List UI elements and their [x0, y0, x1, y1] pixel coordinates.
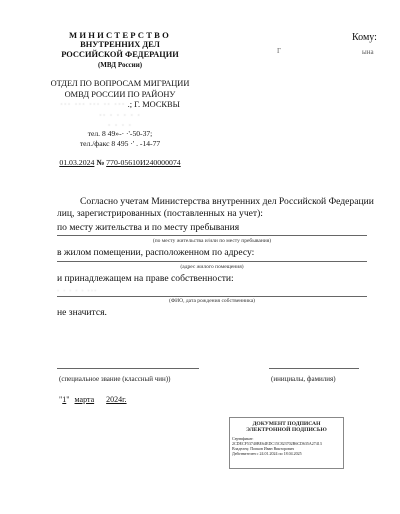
rank-caption: (специальное звание (классный чин)) — [59, 375, 170, 383]
document-date: 01.03.2024 — [59, 158, 94, 167]
intro-line-2: лиц, зарегистрированных (поставленных на… — [57, 208, 263, 220]
fax-text: тел./факс 8 495 ·' . -14-77 — [45, 139, 195, 149]
stamp-title-2: ЭЛЕКТРОННОЙ ПОДПИСЬЮ — [230, 427, 343, 433]
contacts-block: тел. 8 49»-· ·'-50-37; тел./факс 8 495 ·… — [45, 129, 195, 149]
number-sign: № — [96, 158, 104, 167]
ministry-line-2: ВНУТРЕННИХ ДЕЛ — [45, 40, 195, 50]
document-number: 770-05610И240000074 — [106, 158, 181, 167]
ministry-line-1: МИНИСТЕРСТВО — [45, 30, 195, 40]
phone-text: тел. 8 49»-· ·'-50-37; — [45, 129, 195, 139]
date-year: 2024г. — [106, 395, 126, 404]
intro-line-1: Согласно учетам Министерства внутренних … — [80, 196, 374, 208]
date-month: марта — [72, 395, 101, 404]
address-line — [57, 261, 367, 262]
certificate-validity: Действителен с 24.01.2024 по 18.04.2025 — [230, 451, 343, 456]
quote-close: " — [66, 395, 69, 404]
name-line — [269, 368, 359, 369]
ministry-header: МИНИСТЕРСТВО ВНУТРЕННИХ ДЕЛ РОССИЙСКОЙ Ф… — [45, 30, 195, 70]
ministry-line-3: РОССИЙСКОЙ ФЕДЕРАЦИИ — [45, 50, 195, 60]
owner-value-redacted: · · · · · ··· — [57, 287, 97, 295]
department-line-2: ОМВД РОССИИ ПО РАЙОНУ — [45, 90, 195, 101]
document-reference: 01.03.2024 № 770-05610И240000074 — [45, 158, 195, 167]
owner-caption: (ФИО, дата рождения собственника) — [57, 298, 367, 304]
owner-line — [57, 296, 367, 297]
recipient-name-start: Г — [277, 47, 281, 55]
department-block: ОТДЕЛ ПО ВОПРОСАМ МИГРАЦИИ ОМВД РОССИИ П… — [45, 79, 195, 132]
e-signature-stamp: ДОКУМЕНТ ПОДПИСАН ЭЛЕКТРОННОЙ ПОДПИСЬЮ С… — [229, 417, 344, 469]
department-line-1: ОТДЕЛ ПО ВОПРОСАМ МИГРАЦИИ — [45, 79, 195, 90]
recipient-label: Кому: — [352, 32, 377, 43]
redacted-text: ··· ··· ··· ·· ··· — [60, 100, 125, 109]
registration-type-value: по месту жительства и по месту пребывани… — [57, 222, 239, 234]
recipient-name-end: ына — [362, 48, 374, 56]
rank-line — [57, 368, 199, 369]
registration-type-caption: (по месту жительства и/или по месту преб… — [57, 238, 367, 244]
ministry-short: (МВД России) — [45, 60, 195, 70]
city-text: .; Г. МОСКВЫ — [128, 100, 180, 109]
signature-date: "1" марта 2024г. — [59, 395, 127, 404]
name-caption: (инициалы, фамилия) — [271, 375, 336, 383]
redacted-line: ·· · · · · · — [45, 111, 195, 122]
registration-type-line — [57, 235, 367, 236]
result-text: не значится. — [57, 307, 107, 319]
address-intro: в жилом помещении, расположенном по адре… — [57, 247, 254, 259]
department-line-3: ··· ··· ··· ·· ··· .; Г. МОСКВЫ — [45, 100, 195, 111]
ownership-intro: и принадлежащем на праве собственности: — [57, 273, 234, 285]
address-caption: (адрес жилого помещения) — [57, 264, 367, 270]
